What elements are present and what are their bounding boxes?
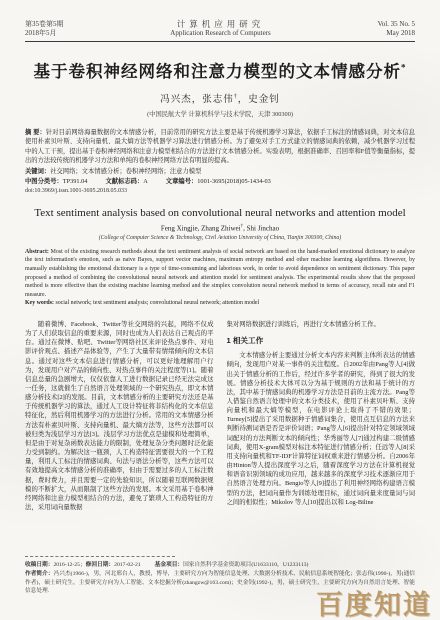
body-columns: 随着微博、Facebook、Twitter等社交网络的兴起，网络不仅成为了人们获… [25, 320, 415, 551]
authors-zh-lead: 冯兴杰，张志伟 [160, 95, 234, 105]
bio-label: 作者简介： [25, 571, 54, 577]
header-divider [25, 41, 415, 42]
authors-en: Feng Xingjie, Zhang Zhiwei†, Shi Jinchao [25, 224, 415, 232]
authors-zh-tail: ，史金钊 [238, 95, 280, 105]
body-column-left: 随着微博、Facebook、Twitter等社交网络的兴起，网络不仅成为了人们获… [25, 320, 214, 551]
fund-label: 基金项目： [155, 562, 183, 568]
abstract-zh-label: 摘 要： [25, 129, 46, 136]
keywords-en-label: Key words: [25, 300, 54, 306]
header-issue-info: 第35卷第5期 2018年5月 [25, 20, 64, 38]
abstract-en: Abstract: Most of the existing research … [25, 248, 415, 300]
journal-name-zh: 计算机应用研究 [170, 20, 271, 29]
date-en: May 2018 [378, 29, 415, 38]
article-id-label: 文章编号： [166, 178, 197, 185]
body-column-right: 集对网络数据进行训练后，再进行文本情感分析工作。 1 相关工作 文本情感分析主要… [227, 320, 416, 551]
section-1-heading: 1 相关工作 [227, 336, 416, 345]
header-vol-en: Vol. 35 No. 5 May 2018 [378, 20, 415, 38]
received-label: 收稿日期： [25, 562, 53, 568]
paper-title-zh: 基于卷积神经网络和注意力模型的文本情感分析* [25, 58, 415, 82]
footnote-divider [25, 556, 175, 557]
keywords-en: Key words: social network; text sentimen… [25, 299, 415, 308]
classification-line: 中图分类号：TP391.04文献标志码：A文章编号：1001-3695(2018… [25, 177, 415, 186]
related-work-paragraph: 文本情感分析主要通过分析文本内容来判断主体所表达的情感倾向，发现用户对某一事件的… [227, 351, 416, 507]
article-id-value: 1001-3695(2018)05-1434-03 [197, 178, 270, 185]
received-date: 2016-12-25； [53, 562, 85, 568]
authors-en-tail: , Shi Jinchao [243, 225, 279, 233]
keywords-zh-text: 社交网络；文本情感分析；卷积神经网络；注意力模型 [50, 168, 201, 175]
revised-label: 修回日期： [86, 562, 114, 568]
revised-date: 2017-02-21 [114, 562, 141, 568]
clc-value: TP391.04 [63, 178, 88, 185]
doc-code-value: A [143, 178, 148, 185]
footnote-dates-fund: 收稿日期：2016-12-25；修回日期：2017-02-21基金项目：国家自然… [25, 561, 415, 569]
authors-zh: 冯兴杰，张志伟†，史金钊 [25, 91, 415, 105]
keywords-en-text: social network; text sentiment analysis;… [54, 300, 259, 306]
fund-text: 国家自然科学基金资助项目(U1633110，U1233113) [183, 562, 308, 568]
paper-title-text: 基于卷积神经网络和注意力模型的文本情感分析 [34, 62, 402, 81]
intro-paragraph-continued: 集对网络数据进行训练后，再进行文本情感分析工作。 [227, 320, 416, 329]
journal-name-en: Application Research of Computers [170, 29, 271, 38]
paper-title-en: Text sentiment analysis based on convolu… [25, 207, 415, 219]
affiliation-zh: (中国民航大学 计算机科学与技术学院，天津 300300) [25, 109, 415, 118]
volume-issue-zh: 第35卷第5期 [25, 20, 64, 29]
baidu-zhidao-watermark: 百度知道 [316, 583, 432, 620]
abstract-zh: 摘 要：针对目前网络海量数据的文本情感分析，目前常用的研究方法主要是基于传统机器… [25, 128, 415, 166]
affiliation-en: (College of Computer Science & Technolog… [25, 235, 415, 241]
keywords-zh-label: 关键词： [25, 168, 50, 175]
abstract-en-text: Most of the existing research methods ab… [25, 249, 415, 298]
date-zh: 2018年5月 [25, 29, 64, 38]
clc-label: 中图分类号： [25, 178, 63, 185]
journal-page: 第35卷第5期 2018年5月 计算机应用研究 Application Rese… [0, 0, 440, 620]
doc-code-label: 文献标志码： [105, 178, 143, 185]
doi-line: doi:10.3969/j.issn.1001-3695.2018.05.033 [25, 187, 415, 196]
volume-issue-en: Vol. 35 No. 5 [378, 20, 415, 29]
authors-en-lead: Feng Xingjie, Zhang Zhiwei [161, 225, 241, 233]
keywords-zh: 关键词：社交网络；文本情感分析；卷积神经网络；注意力模型 [25, 167, 415, 176]
journal-name: 计算机应用研究 Application Research of Computer… [170, 20, 271, 38]
abstract-zh-text: 针对目前网络海量数据的文本情感分析，目前常用的研究方法主要是基于传统机器学习算法… [25, 129, 415, 164]
title-footnote-mark: * [401, 63, 407, 73]
journal-header: 第35卷第5期 2018年5月 计算机应用研究 Application Rese… [25, 20, 415, 38]
intro-paragraph: 随着微博、Facebook、Twitter等社交网络的兴起，网络不仅成为了人们获… [25, 320, 214, 512]
abstract-en-label: Abstract: [25, 249, 49, 255]
